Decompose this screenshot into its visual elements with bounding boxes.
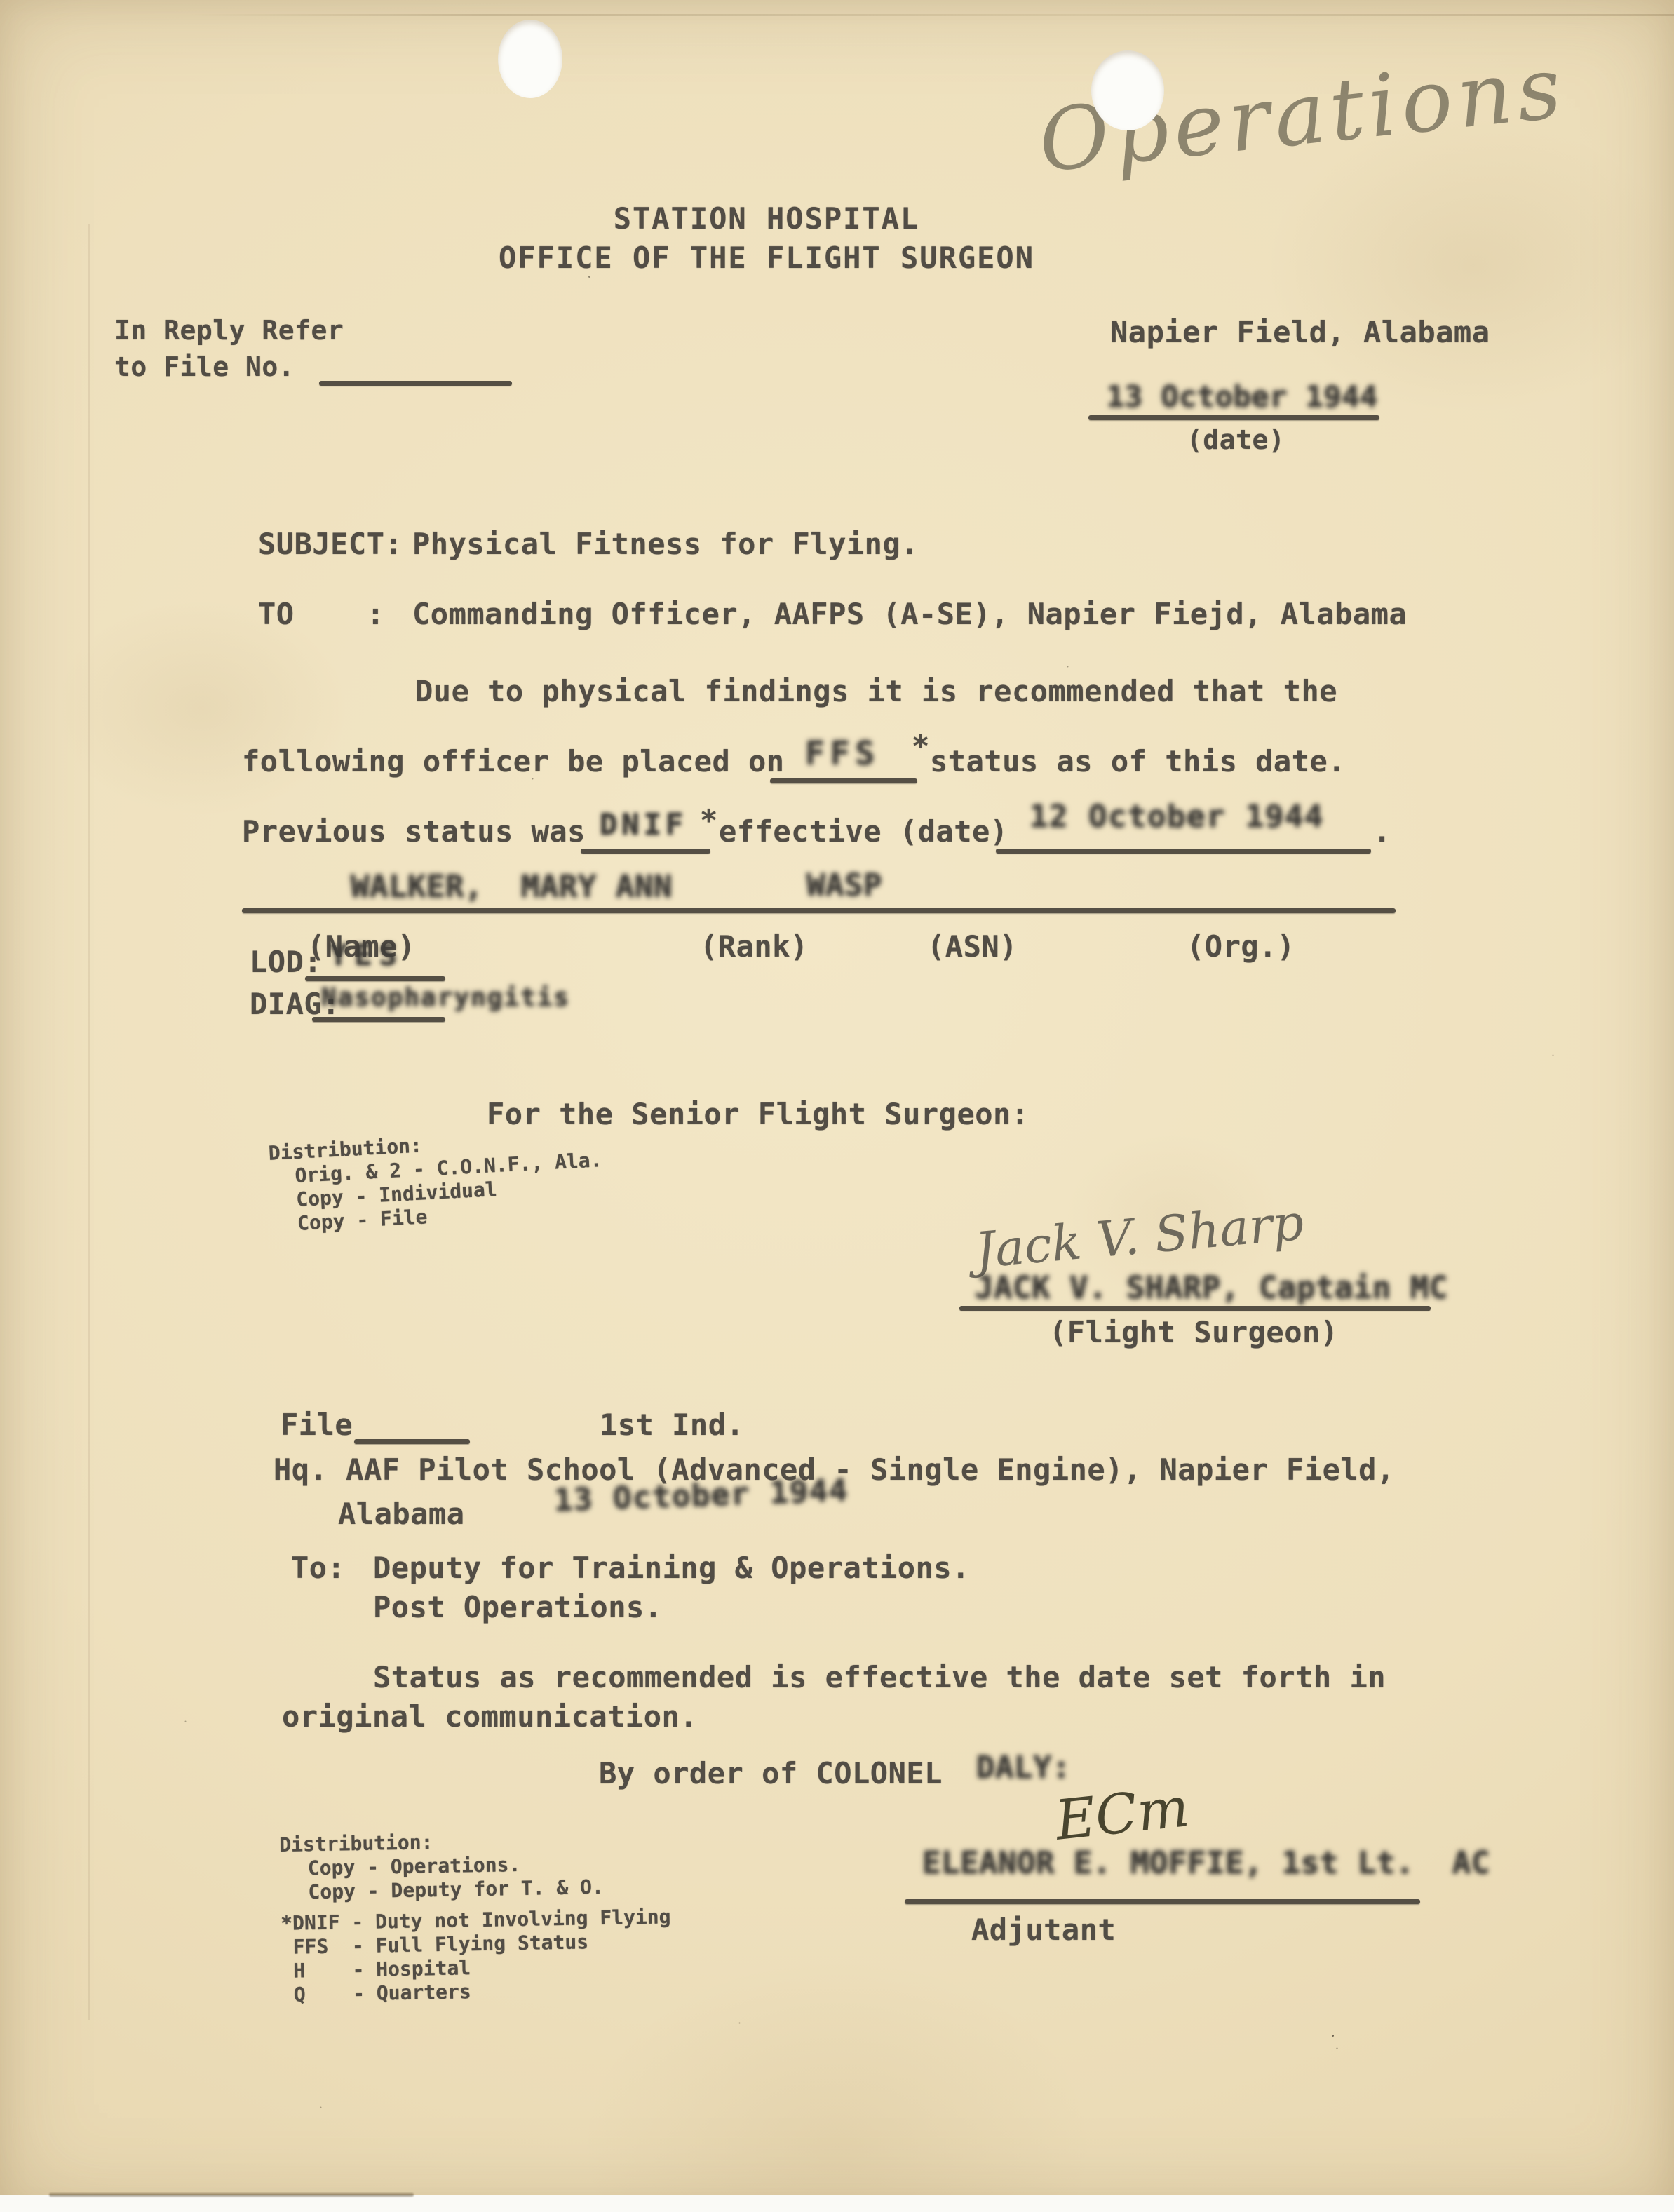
status-prev-value: DNIF — [600, 808, 687, 842]
indorsement-label: 1st Ind. — [600, 1408, 744, 1442]
body-paragraph1: Due to physical findings it is recommend… — [415, 675, 1337, 708]
lod-underline — [305, 976, 445, 981]
reply-refer-line1: In Reply Refer — [114, 316, 344, 346]
to2-line1: Deputy for Training & Operations. — [373, 1551, 970, 1585]
diag-underline — [312, 1017, 445, 1022]
lod-label: LOD: — [250, 945, 322, 979]
adjutant-typed-name: ELEANOR E. MOFFIE, 1st Lt. AC — [922, 1846, 1490, 1882]
adjutant-underline — [905, 1899, 1420, 1904]
distribution-block-1: Distribution: Orig. & 2 - C.O.N.F., Ala.… — [268, 1124, 605, 1237]
body-paragraph3-end: . — [1373, 815, 1391, 849]
to2-label: To: — [291, 1551, 345, 1585]
colonel-name: DALY: — [976, 1751, 1071, 1786]
date-caption: (date) — [1187, 425, 1285, 456]
date-prev-value: 12 October 1944 — [1030, 800, 1324, 835]
punch-hole-right — [1091, 50, 1164, 130]
body-paragraph3-pre: Previous status was — [242, 815, 586, 849]
name-row-underline — [242, 908, 1396, 913]
to-label: TO : — [258, 598, 385, 631]
status-new-value: FFS — [805, 735, 880, 772]
paper-specks — [0, 0, 4, 4]
body-paragraph2-post: status as of this date. — [930, 745, 1346, 778]
by-order-line: By order of COLONEL — [599, 1757, 943, 1790]
file-underline — [354, 1439, 470, 1444]
flight-surgeon-role: (Flight Surgeon) — [1049, 1316, 1339, 1349]
label-asn: (ASN) — [927, 930, 1018, 964]
to-value: Commanding Officer, AAFPS (A-SE), Napier… — [412, 598, 1407, 631]
date-underline — [1088, 415, 1379, 420]
label-org: (Org.) — [1187, 930, 1295, 964]
paper-bottom-edge-shadow — [49, 2193, 414, 2197]
adjutant-role: Adjutant — [971, 1913, 1116, 1947]
scanner-background-strip — [0, 2195, 1674, 2212]
flight-surgeon-typed-name: JACK V. SHARP, Captain MC — [975, 1271, 1448, 1307]
hq-line2: Alabama — [338, 1497, 465, 1531]
diag-value: Nasopharyngitis — [321, 983, 570, 1012]
punch-hole-left — [498, 20, 562, 98]
flight-surgeon-underline — [959, 1306, 1431, 1311]
label-rank: (Rank) — [700, 930, 809, 964]
reply-refer-line2: to File No. — [114, 352, 295, 383]
para4-line2: original communication. — [282, 1700, 698, 1734]
asterisk-2: * — [700, 804, 718, 837]
to2-line2: Post Operations. — [373, 1591, 663, 1624]
org-value: WASP — [806, 868, 882, 904]
flight-surgeon-signature: Jack V. Sharp — [973, 1194, 1306, 1280]
adjutant-initials-signature: ECm — [1053, 1776, 1192, 1852]
distribution-block-2: Distribution: Copy - Operations. Copy - … — [279, 1826, 673, 2007]
status-prev-underline — [581, 849, 710, 854]
subject-label: SUBJECT: — [258, 527, 403, 561]
scanned-memo-page: Operations STATION HOSPITAL OFFICE OF TH… — [0, 0, 1674, 2212]
letterhead-line1: STATION HOSPITAL — [614, 202, 920, 236]
body-paragraph3-mid: effective (date) — [719, 815, 1008, 849]
asterisk-1: * — [912, 729, 930, 763]
lod-value: YES — [330, 938, 404, 972]
subject-value: Physical Fitness for Flying. — [412, 527, 919, 561]
body-paragraph2-pre: following officer be placed on — [242, 745, 785, 778]
station-location: Napier Field, Alabama — [1110, 316, 1490, 349]
file-label: File — [281, 1408, 353, 1442]
paper-crease-vertical — [88, 224, 90, 2020]
date-prev-underline — [996, 849, 1371, 854]
date-value: 13 October 1944 — [1107, 380, 1378, 414]
status-new-underline — [770, 778, 917, 783]
name-value: WALKER, MARY ANN — [351, 870, 673, 905]
letterhead-line2: OFFICE OF THE FLIGHT SURGEON — [499, 241, 1034, 275]
file-no-underline — [319, 381, 512, 386]
paper-crease-horizontal — [189, 14, 1674, 16]
para4-line1: Status as recommended is effective the d… — [373, 1661, 1386, 1694]
